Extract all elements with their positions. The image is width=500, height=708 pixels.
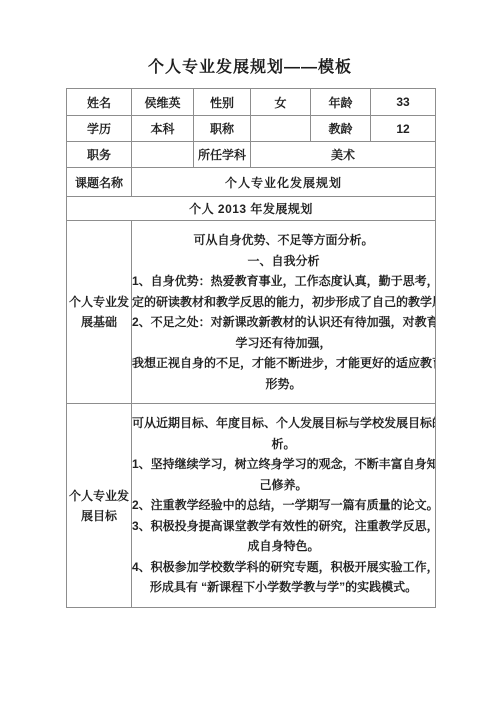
development-basis-label-cell: 个人专业发 展基础 [67, 221, 132, 404]
gender-value-cell: 女 [251, 89, 311, 116]
age-value-cell: 33 [371, 89, 436, 116]
title-value-cell [251, 116, 311, 142]
table-row: 个人专业发 展目标 可从近期目标、年度目标、个人发展目标与学校发展目标的关系等方… [67, 404, 436, 608]
section-header-cell: 个人 2013 年发展规划 [67, 197, 436, 221]
education-label-cell: 学历 [67, 116, 132, 142]
name-label-cell: 姓名 [67, 89, 132, 116]
gender-label-cell: 性别 [194, 89, 251, 116]
age-label-cell: 年龄 [311, 89, 371, 116]
position-value-cell [132, 142, 194, 168]
development-goals-label-cell: 个人专业发 展目标 [67, 404, 132, 608]
plan-table: 姓名 侯维英 性别 女 年龄 33 学历 本科 职称 教龄 12 职务 所任学科… [66, 88, 436, 608]
table-row: 课题名称 个人专业化发展规划 [67, 168, 436, 197]
subject-value-cell: 美术 [251, 142, 436, 168]
development-goals-content-cell: 可从近期目标、年度目标、个人发展目标与学校发展目标的关系等方面分 析。 1、坚持… [132, 404, 436, 608]
table-row: 学历 本科 职称 教龄 12 [67, 116, 436, 142]
teaching-years-label-cell: 教龄 [311, 116, 371, 142]
subject-label-cell: 所任学科 [194, 142, 251, 168]
position-label-cell: 职务 [67, 142, 132, 168]
name-value-cell: 侯维英 [132, 89, 194, 116]
document-title: 个人专业发展规划——模板 [0, 57, 500, 79]
table-row: 个人专业发 展基础 可从自身优势、不足等方面分析。 一、自我分析 1、自身优势：… [67, 221, 436, 404]
topic-label-cell: 课题名称 [67, 168, 132, 197]
education-value-cell: 本科 [132, 116, 194, 142]
title-label-cell: 职称 [194, 116, 251, 142]
topic-value-cell: 个人专业化发展规划 [132, 168, 436, 197]
document-page: 个人专业发展规划——模板 姓名 侯维英 性别 女 年龄 33 学历 本科 职称 [0, 0, 500, 708]
table-row: 姓名 侯维英 性别 女 年龄 33 [67, 89, 436, 116]
teaching-years-value-cell: 12 [371, 116, 436, 142]
development-basis-content-cell: 可从自身优势、不足等方面分析。 一、自我分析 1、自身优势：热爱教育事业，工作态… [132, 221, 436, 404]
table-row: 个人 2013 年发展规划 [67, 197, 436, 221]
table-row: 职务 所任学科 美术 [67, 142, 436, 168]
